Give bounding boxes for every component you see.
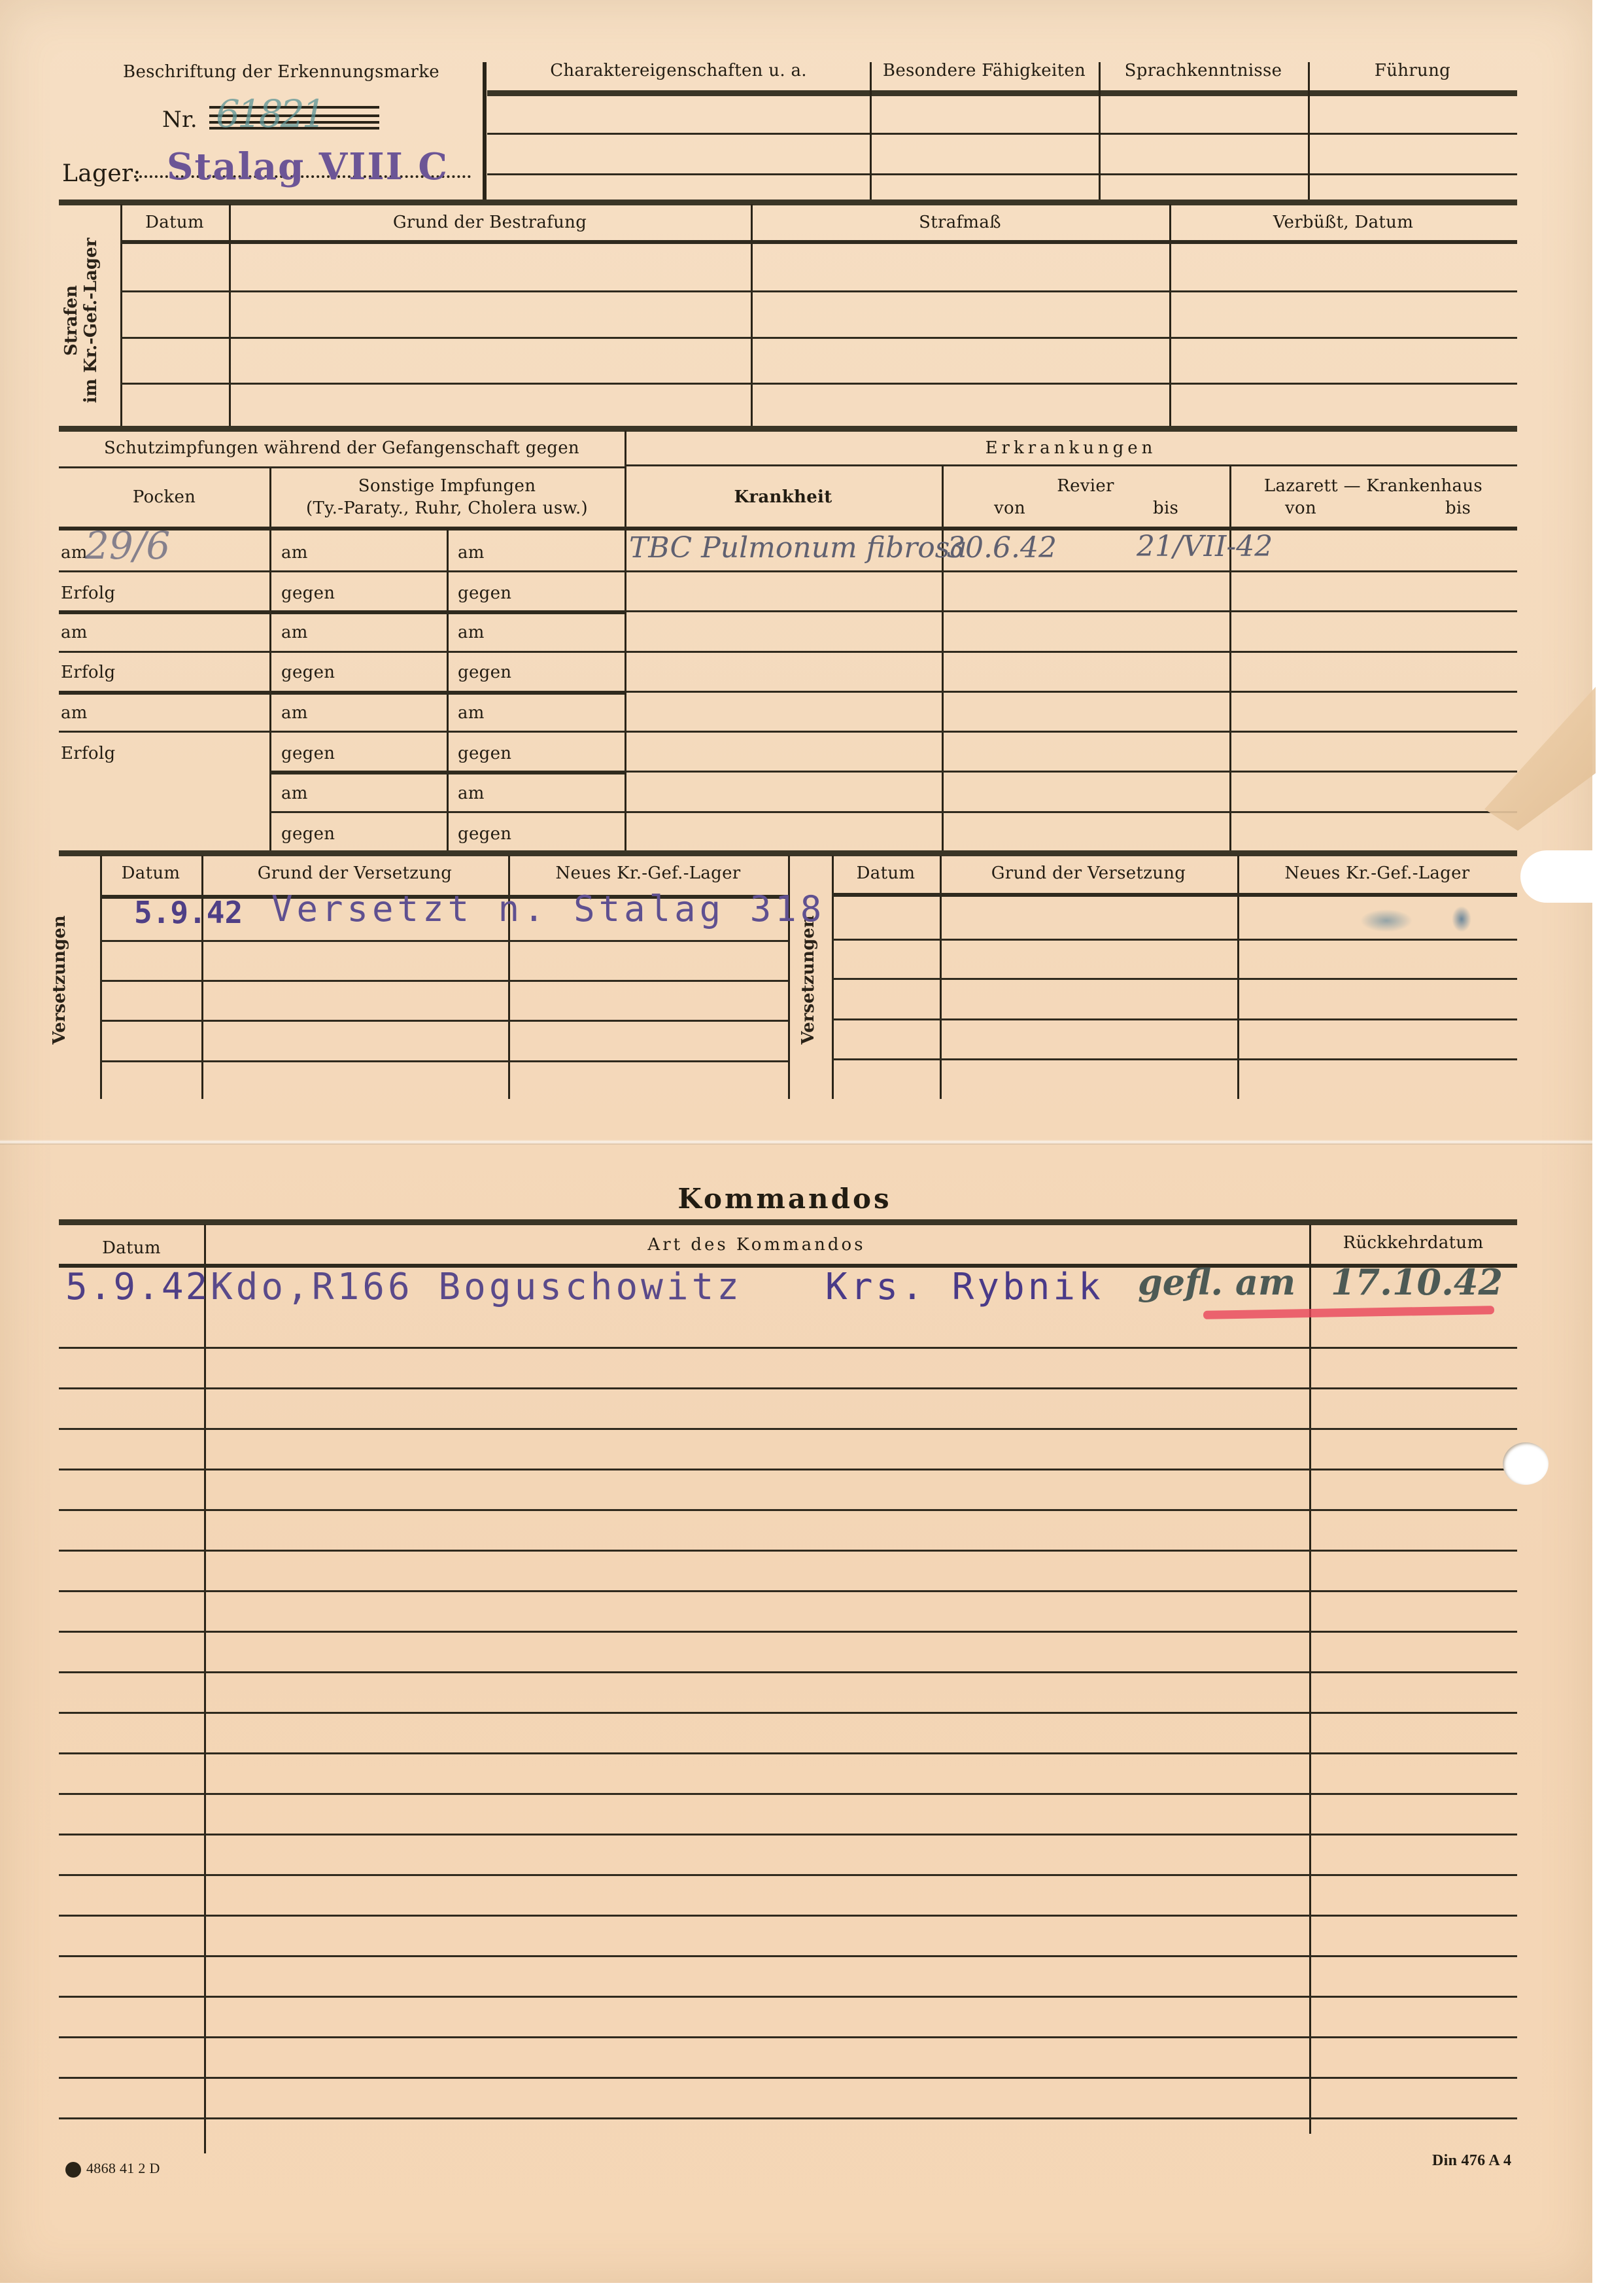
revier-label: Revier [942,476,1229,496]
sonstige-gegen: gegen [281,744,335,763]
vers-col-datum: Datum [100,863,201,883]
row-line [625,651,1517,653]
row-line [625,464,1517,466]
pocken-am-1: am [61,543,88,563]
column-divider [100,856,102,1099]
versetzungen-side-label-left: Versetzungen [50,898,74,1062]
column-divider [1237,856,1239,1099]
row-line [100,1020,788,1022]
sonstige-gegen: gegen [281,663,335,682]
versetzung-grund: Versetzt n. Stalag 318 [271,888,825,930]
row-line [625,570,1517,572]
col-grund-bestrafung: Grund der Bestrafung [229,213,751,232]
row-rule [269,771,625,774]
column-divider [269,468,271,852]
row-line [832,1018,1517,1020]
vers-col-datum-2: Datum [832,863,940,883]
kommandos-title: Kommandos [589,1183,981,1215]
row-line [100,1060,788,1062]
column-divider [942,466,944,852]
punch-hole [1503,1442,1549,1485]
row-line [832,939,1517,941]
erkrankungen-title: Erkrankungen [625,438,1517,458]
lager-label: Lager: [62,160,141,187]
revier-von-entry: 30.6.42 [947,531,1057,565]
row-line [625,731,1517,733]
row-line [100,940,788,942]
col-datum: Datum [120,213,229,232]
header-row-line [487,133,1517,135]
sonstige-am: am [458,784,485,803]
section-rule [59,200,1517,205]
section-rule [59,1219,1517,1225]
kommando-note: gefl. am [1138,1261,1295,1303]
blue-stamp-smudge [1360,909,1413,932]
row-line [832,1058,1517,1060]
column-divider [751,204,753,426]
header-divider [483,62,487,201]
column-divider [1169,204,1171,426]
revier-von-label: von [994,498,1025,518]
column-divider [1099,62,1101,201]
header-rule [120,240,1517,244]
row-line [625,691,1517,693]
lazarett-label: Lazarett — Krankenhaus [1229,476,1517,496]
pocken-date: 29/6 [85,523,170,568]
nr-label: Nr. [157,107,203,133]
sonstige-label-1: Sonstige Impfungen [269,476,625,496]
row-line [120,290,1517,292]
header-rule [625,527,1517,531]
strafen-label-line1: Strafen [61,285,81,356]
column-divider [870,62,872,201]
kommando-datum: 5.9.42 [65,1266,209,1308]
krankheit-label: Krankheit [625,487,942,507]
vers-col-lager-2: Neues Kr.-Gef.-Lager [1237,863,1517,883]
record-card: Beschriftung der Erkennungsmarke Nr. 618… [0,0,1592,2283]
sonstige-am: am [281,703,308,723]
revier-bis-entry: 21/VII-42 [1137,530,1273,563]
komm-col-art: Art des Kommandos [204,1235,1309,1255]
row-line [59,731,625,733]
row-line [625,610,1517,612]
row-line [625,811,1517,813]
col-strafmass: Strafmaß [751,213,1169,232]
revier-bis-label: bis [1153,498,1178,518]
column-divider [832,856,834,1099]
lager-stamp: Stalag VIII C [167,145,449,188]
strafen-label-line2: im Kr.-Gef.-Lager [81,238,101,404]
row-line [269,811,625,813]
printer-logo-icon [65,2162,81,2178]
vers-col-grund: Grund der Versetzung [201,863,508,883]
vers-col-lager: Neues Kr.-Gef.-Lager [508,863,788,883]
sonstige-gegen: gegen [281,824,335,844]
column-divider [1308,62,1310,201]
impfungen-title: Schutzimpfungen während der Gefangenscha… [59,438,625,458]
row-line [120,383,1517,385]
sonstige-am: am [281,623,308,642]
column-divider [201,856,203,1099]
sonstige-gegen: gegen [458,663,511,682]
strafen-side-label: Strafen im Kr.-Gef.-Lager [62,222,108,419]
col-charakter: Charaktereigenschaften u. a. [487,61,870,80]
row-line [120,337,1517,339]
header-rule [832,893,1517,897]
kommando-rows [59,1308,1517,2132]
col-verbuesst: Verbüßt, Datum [1169,213,1517,232]
header-rule [487,90,1517,96]
lazarett-bis-label: bis [1445,498,1471,518]
versetzung-datum: 5.9.42 [134,895,243,930]
blue-stamp-smudge [1452,906,1471,932]
header-row-line [487,173,1517,175]
row-rule [59,610,625,614]
sonstige-gegen: gegen [458,583,511,603]
pocken-am-2: am [61,623,88,642]
row-line [625,771,1517,773]
row-line [59,466,625,468]
column-divider [120,204,122,426]
torn-corner [1520,850,1610,903]
column-divider [229,204,231,426]
krankheit-entry: TBC Pulmonum fibrosa [629,531,967,565]
sonstige-label-2: (Ty.-Paraty., Ruhr, Cholera usw.) [269,498,625,518]
komm-col-rueckkehr: Rückkehrdatum [1309,1233,1517,1253]
col-fuehrung: Führung [1308,61,1517,80]
pocken-erfolg-2: Erfolg [61,663,115,682]
din-label: Din 476 A 4 [1432,2152,1511,2170]
sonstige-gegen: gegen [458,744,511,763]
column-divider [1229,466,1231,852]
kommando-rueckkehr: 17.10.42 [1331,1261,1503,1303]
row-rule [59,691,625,695]
pocken-erfolg-1: Erfolg [61,583,115,603]
column-divider [940,856,942,1099]
pocken-erfolg-3: Erfolg [61,744,115,763]
sonstige-gegen: gegen [281,583,335,603]
tag-label: Beschriftung der Erkennungsmarke [98,62,464,82]
row-line [59,570,625,572]
komm-col-datum: Datum [59,1238,204,1258]
sonstige-am: am [458,623,485,642]
col-sprachkenntnisse: Sprachkenntnisse [1099,61,1308,80]
form-number: 4868 41 2 D [86,2160,160,2177]
section-rule [59,426,1517,432]
vers-col-grund-2: Grund der Versetzung [940,863,1237,883]
pocken-label: Pocken [59,487,269,507]
sonstige-am: am [281,543,308,563]
row-line [59,651,625,653]
col-faehigkeiten: Besondere Fähigkeiten [870,61,1099,80]
folded-flap [1484,687,1596,831]
lazarett-von-label: von [1285,498,1316,518]
row-line [832,978,1517,980]
kommando-art: Kdo,R166 Boguschowitz [211,1266,742,1308]
sonstige-am: am [458,703,485,723]
sonstige-gegen: gegen [458,824,511,844]
sonstige-am: am [281,784,308,803]
row-line [100,980,788,982]
nr-value: 61821 [216,92,324,136]
pocken-am-3: am [61,703,88,723]
sonstige-am: am [458,543,485,563]
kommando-kreis: Krs. Rybnik [825,1266,1104,1308]
fold-crease [0,1139,1592,1145]
